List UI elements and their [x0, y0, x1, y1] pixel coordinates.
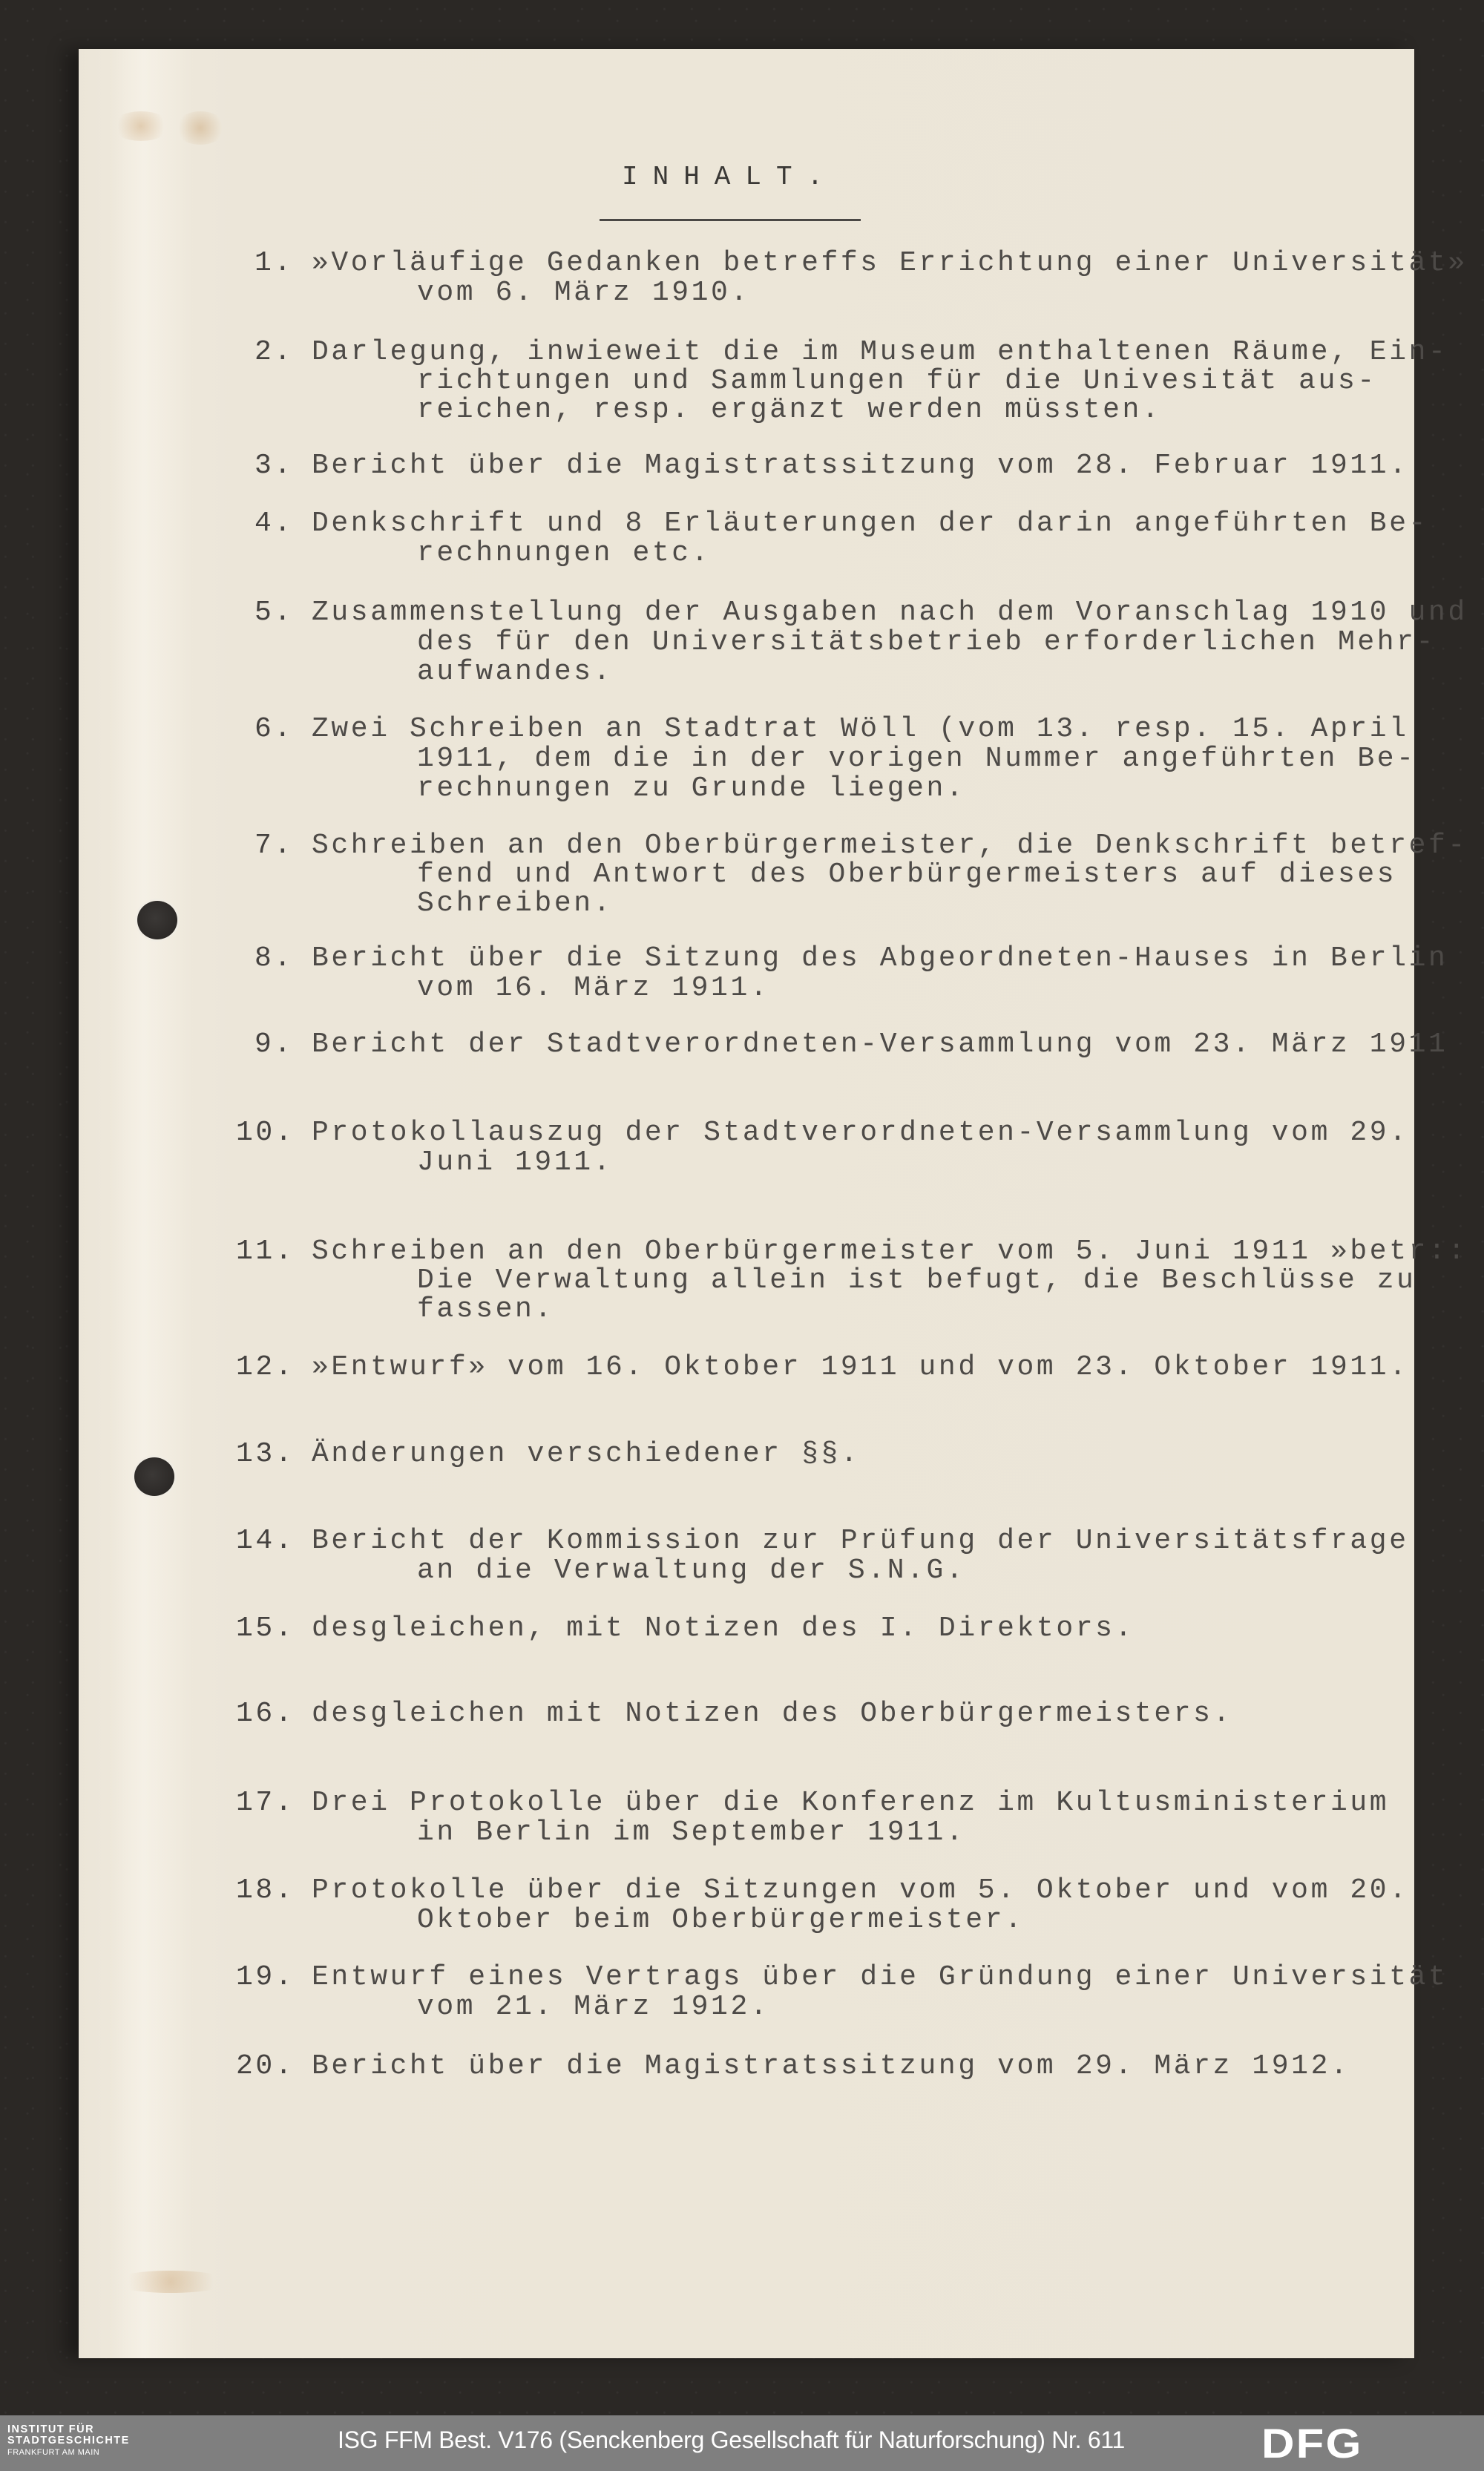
- title-underline: [600, 219, 861, 221]
- toc-item-continuation: vom 21. März 1912.: [417, 1992, 769, 2022]
- toc-item-number: 13.: [236, 1440, 295, 1469]
- institution-name-line1: INSTITUT FÜR: [7, 2424, 130, 2435]
- toc-item-number: 16.: [236, 1699, 295, 1729]
- toc-item-continuation: rechnungen etc.: [417, 539, 711, 568]
- toc-item-text: Änderungen verschiedener §§.: [312, 1440, 860, 1469]
- toc-item-text: Bericht über die Sitzung des Abgeordnete…: [312, 944, 1448, 974]
- toc-item-text: Bericht der Stadtverordneten-Versammlung…: [312, 1030, 1448, 1060]
- toc-item-number: 6.: [255, 715, 294, 744]
- toc-item-text: Zusammenstellung der Ausgaben nach dem V…: [312, 598, 1468, 628]
- dfg-logo: DFG: [1261, 2423, 1363, 2464]
- toc-item-text: »Vorläufige Gedanken betreffs Errichtung…: [312, 249, 1468, 278]
- toc-item-number: 14.: [236, 1526, 295, 1556]
- toc-item-number: 12.: [236, 1353, 295, 1382]
- toc-item-continuation: Oktober beim Oberbürgermeister.: [417, 1906, 1025, 1935]
- toc-item-text: Protokollauszug der Stadtverordneten-Ver…: [312, 1118, 1409, 1148]
- toc-item-text: Entwurf eines Vertrags über die Gründung…: [312, 1963, 1448, 1992]
- toc-item-number: 1.: [255, 249, 294, 278]
- toc-item-number: 3.: [255, 451, 294, 481]
- toc-item-text: Protokolle über die Sitzungen vom 5. Okt…: [312, 1876, 1409, 1906]
- toc-item-continuation: 1911, dem die in der vorigen Nummer ange…: [417, 744, 1416, 774]
- toc-item-text: Bericht der Kommission zur Prüfung der U…: [312, 1526, 1409, 1556]
- toc-item-continuation: fassen.: [417, 1295, 554, 1325]
- toc-item-number: 17.: [236, 1788, 295, 1818]
- toc-item-number: 15.: [236, 1614, 295, 1644]
- toc-item-continuation: vom 16. März 1911.: [417, 974, 769, 1003]
- toc-item-text: Bericht über die Magistratssitzung vom 2…: [312, 451, 1409, 481]
- toc-item-number: 7.: [255, 831, 294, 861]
- toc-item-continuation: richtungen und Sammlungen für die Unives…: [417, 367, 1377, 396]
- toc-item-text: desgleichen mit Notizen des Oberbürgerme…: [312, 1699, 1232, 1729]
- toc-item-text: Bericht über die Magistratssitzung vom 2…: [312, 2052, 1350, 2081]
- toc-item-text: Denkschrift und 8 Erläuterungen der dari…: [312, 509, 1428, 539]
- institution-name-line2: STADTGESCHICHTE: [7, 2435, 130, 2447]
- toc-item-number: 4.: [255, 509, 294, 539]
- toc-item-continuation: Schreiben.: [417, 889, 613, 919]
- institution-city: FRANKFURT AM MAIN: [7, 2447, 130, 2458]
- toc-item-text: Zwei Schreiben an Stadtrat Wöll (vom 13.…: [312, 715, 1409, 744]
- toc-item-text: Schreiben an den Oberbürgermeister vom 5…: [312, 1237, 1468, 1267]
- toc-item-text: Drei Protokolle über die Konferenz im Ku…: [312, 1788, 1389, 1818]
- toc-item-continuation: aufwandes.: [417, 657, 613, 687]
- paper-stain: [111, 111, 171, 141]
- toc-item-continuation: Die Verwaltung allein ist befugt, die Be…: [417, 1266, 1416, 1296]
- institution-logo: INSTITUT FÜR STADTGESCHICHTE FRANKFURT A…: [7, 2424, 130, 2458]
- toc-item-continuation: in Berlin im September 1911.: [417, 1818, 965, 1848]
- paper-stain: [174, 111, 226, 145]
- toc-item-number: 5.: [255, 598, 294, 628]
- punch-hole-upper: [137, 901, 177, 939]
- toc-item-number: 18.: [236, 1876, 295, 1906]
- paper-stain: [111, 2271, 230, 2293]
- toc-item-text: Schreiben an den Oberbürgermeister, die …: [312, 831, 1468, 861]
- toc-item-continuation: fend und Antwort des Oberbürgermeisters …: [417, 860, 1396, 890]
- toc-item-continuation: an die Verwaltung der S.N.G.: [417, 1556, 965, 1586]
- footer-bar: INSTITUT FÜR STADTGESCHICHTE FRANKFURT A…: [0, 2415, 1484, 2471]
- toc-item-text: Darlegung, inwieweit die im Museum entha…: [312, 338, 1448, 367]
- toc-item-continuation: Juni 1911.: [417, 1148, 613, 1178]
- punch-hole-lower: [134, 1457, 174, 1496]
- page-title: INHALT.: [622, 162, 838, 192]
- toc-item-continuation: des für den Universitätsbetrieb erforder…: [417, 628, 1436, 657]
- toc-item-text: desgleichen, mit Notizen des I. Direktor…: [312, 1614, 1135, 1644]
- toc-item-number: 9.: [255, 1030, 294, 1060]
- toc-item-number: 19.: [236, 1963, 295, 1992]
- toc-item-number: 11.: [236, 1237, 295, 1267]
- toc-item-number: 20.: [236, 2052, 295, 2081]
- toc-item-continuation: vom 6. März 1910.: [417, 278, 750, 308]
- toc-item-number: 10.: [236, 1118, 295, 1148]
- toc-item-number: 2.: [255, 338, 294, 367]
- toc-item-number: 8.: [255, 944, 294, 974]
- toc-item-continuation: reichen, resp. ergänzt werden müssten.: [417, 396, 1161, 425]
- toc-item-continuation: rechnungen zu Grunde liegen.: [417, 774, 965, 804]
- archive-reference: ISG FFM Best. V176 (Senckenberg Gesellsc…: [338, 2426, 1125, 2454]
- toc-item-text: »Entwurf» vom 16. Oktober 1911 und vom 2…: [312, 1353, 1409, 1382]
